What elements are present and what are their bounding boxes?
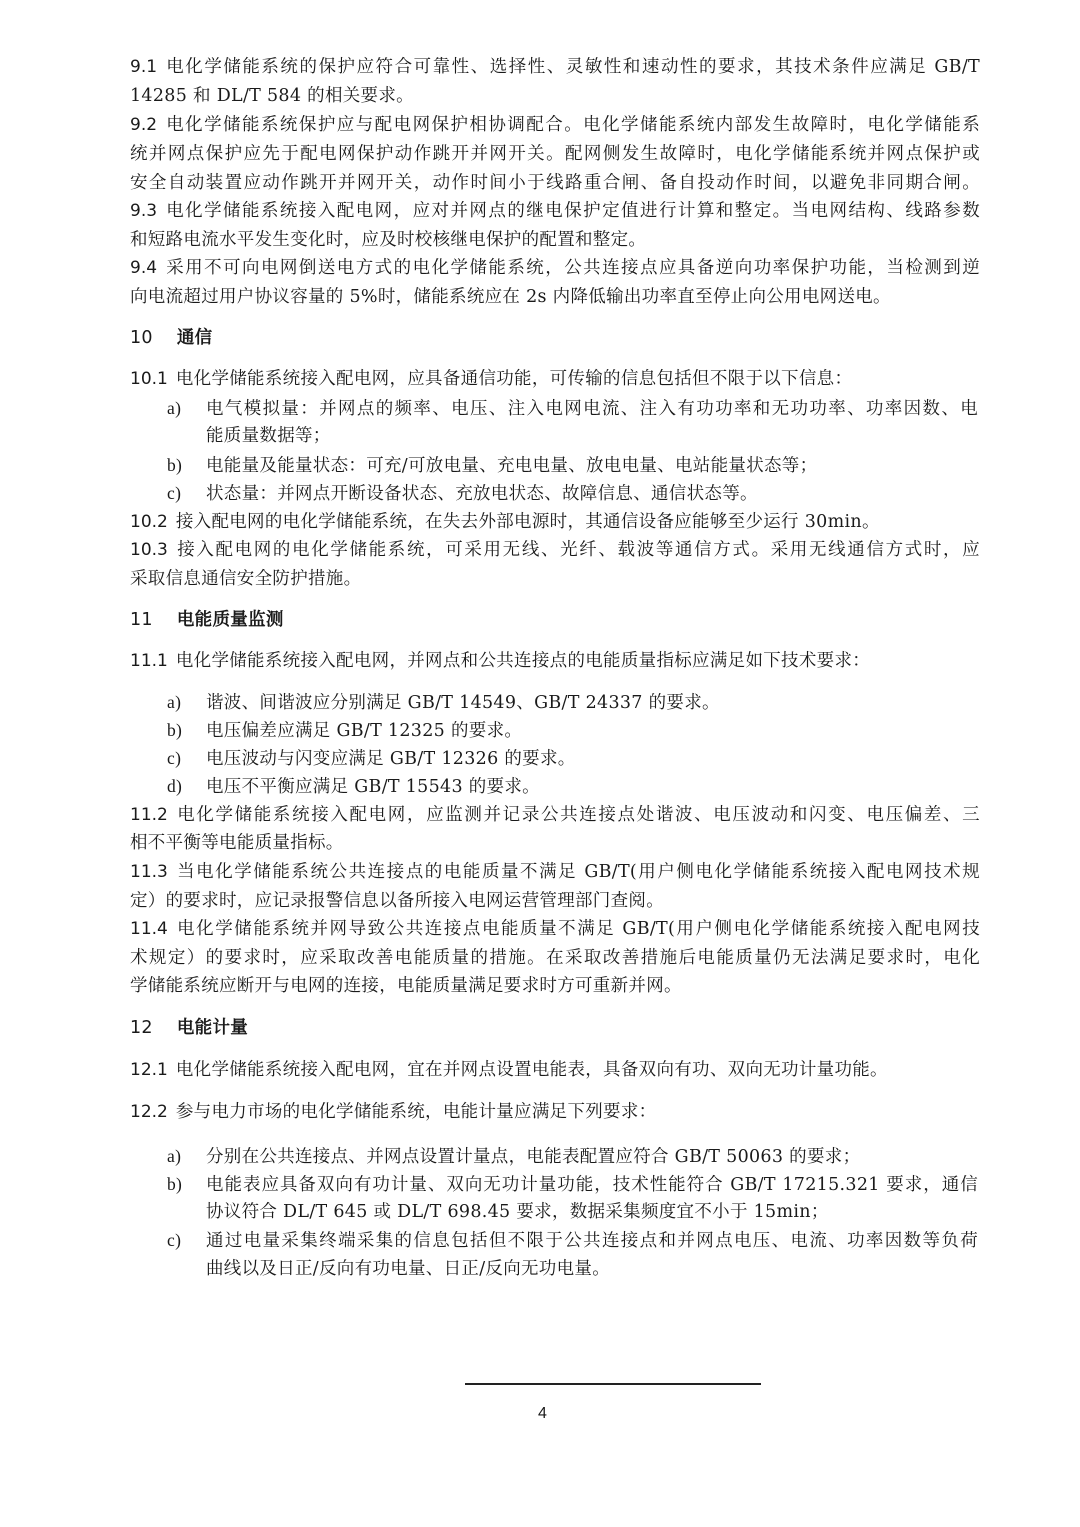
clause-number: 11.2 bbox=[130, 805, 168, 825]
clause-9-3-cont: 和短路电流水平发生变化时，应及时校核继电保护的配置和整定。 bbox=[130, 227, 646, 253]
list-item-10-1-a-cont: 能质量数据等； bbox=[206, 423, 331, 449]
clause-10-1: 10.1电化学储能系统接入配电网，应具备通信功能，可传输的信息包括但不限于以下信… bbox=[130, 366, 852, 392]
list-text: 谐波、间谐波应分别满足 GB/T 14549、GB/T 24337 的要求。 bbox=[206, 693, 720, 713]
clause-9-2-cont-2: 安全自动装置应动作跳开并网开关，动作时间小于线路重合闸、备自投动作时间，以避免非… bbox=[130, 170, 980, 196]
clause-9-3: 9.3电化学储能系统接入配电网，应对并网点的继电保护定值进行计算和整定。当电网结… bbox=[130, 198, 980, 224]
clause-text: 电化学储能系统接入配电网，应对并网点的继电保护定值进行计算和整定。当电网结构、线… bbox=[165, 201, 980, 221]
footer-rule bbox=[465, 1383, 761, 1385]
clause-text: 当电化学储能系统公共连接点的电能质量不满足 GB/T(用户侧电化学储能系统接入配… bbox=[176, 862, 980, 882]
clause-text: 接入配电网的电化学储能系统，可采用无线、光纤、载波等通信方式。采用无线通信方式时… bbox=[176, 540, 980, 560]
section-number: 10 bbox=[130, 328, 153, 348]
list-label: c) bbox=[167, 745, 206, 771]
list-item-10-1-c: c)状态量：并网点开断设备状态、充放电状态、故障信息、通信状态等。 bbox=[167, 480, 758, 507]
clause-text: 电化学储能系统接入配电网，宜在并网点设置电能表，具备双向有功、双向无功计量功能。 bbox=[176, 1060, 888, 1080]
document-page: 9.1电化学储能系统的保护应符合可靠性、选择性、灵敏性和速动性的要求，其技术条件… bbox=[0, 0, 1080, 1527]
clause-number: 11.4 bbox=[130, 919, 168, 939]
clause-number: 9.2 bbox=[130, 115, 157, 135]
clause-text: 电化学储能系统保护应与配电网保护相协调配合。电化学储能系统内部发生故障时，电化学… bbox=[165, 115, 980, 135]
list-text: 电气模拟量：并网点的频率、电压、注入电网电流、注入有功功率和无功功率、功率因数、… bbox=[206, 396, 978, 422]
clause-text: 电化学储能系统的保护应符合可靠性、选择性、灵敏性和速动性的要求，其技术条件应满足… bbox=[165, 57, 980, 77]
clause-text: 接入配电网的电化学储能系统，在失去外部电源时，其通信设备应能够至少运行 30mi… bbox=[176, 512, 880, 532]
clause-10-2: 10.2接入配电网的电化学储能系统，在失去外部电源时，其通信设备应能够至少运行 … bbox=[130, 509, 880, 535]
clause-9-1-cont: 14285 和 DL/T 584 的相关要求。 bbox=[130, 83, 414, 109]
clause-number: 12.2 bbox=[130, 1102, 168, 1122]
clause-9-2-cont-1: 统并网点保护应先于配电网保护动作跳开并网开关。配网侧发生故障时，电化学储能系统并… bbox=[130, 141, 980, 167]
section-heading-11: 11电能质量监测 bbox=[130, 607, 284, 633]
clause-number: 12.1 bbox=[130, 1060, 168, 1080]
clause-number: 11.1 bbox=[130, 651, 168, 671]
list-label: a) bbox=[167, 1143, 206, 1169]
list-label: c) bbox=[167, 480, 206, 506]
clause-text: 电化学储能系统并网导致公共连接点电能质量不满足 GB/T(用户侧电化学储能系统接… bbox=[176, 919, 980, 939]
section-heading-10: 10通信 bbox=[130, 325, 212, 351]
list-text: 状态量：并网点开断设备状态、充放电状态、故障信息、通信状态等。 bbox=[206, 484, 758, 504]
section-heading-12: 12电能计量 bbox=[130, 1015, 248, 1041]
clause-text: 电化学储能系统接入配电网，应监测并记录公共连接点处谐波、电压波动和闪变、电压偏差… bbox=[176, 805, 980, 825]
list-text: 通过电量采集终端采集的信息包括但不限于公共连接点和并网点电压、电流、功率因数等负… bbox=[206, 1228, 978, 1254]
list-item-10-1-a: a)电气模拟量：并网点的频率、电压、注入电网电流、注入有功功率和无功功率、功率因… bbox=[167, 395, 978, 422]
clause-9-4-cont: 向电流超过用户协议容量的 5%时，储能系统应在 2s 内降低输出功率直至停止向公… bbox=[130, 284, 891, 310]
clause-9-4: 9.4采用不可向电网倒送电方式的电化学储能系统，公共连接点应具备逆向功率保护功能… bbox=[130, 255, 980, 281]
list-label: b) bbox=[167, 717, 206, 743]
clause-text: 采用不可向电网倒送电方式的电化学储能系统，公共连接点应具备逆向功率保护功能，当检… bbox=[165, 258, 980, 278]
list-item-11-1-c: c)电压波动与闪变应满足 GB/T 12326 的要求。 bbox=[167, 745, 576, 772]
clause-11-3: 11.3当电化学储能系统公共连接点的电能质量不满足 GB/T(用户侧电化学储能系… bbox=[130, 859, 980, 885]
clause-number: 9.1 bbox=[130, 57, 157, 77]
list-item-10-1-b: b)电能量及能量状态：可充/可放电量、充电电量、放电电量、电站能量状态等； bbox=[167, 452, 817, 479]
list-label: a) bbox=[167, 689, 206, 715]
clause-11-2-cont: 相不平衡等电能质量指标。 bbox=[130, 830, 344, 856]
list-text: 电能量及能量状态：可充/可放电量、充电电量、放电电量、电站能量状态等； bbox=[206, 456, 817, 476]
clause-11-4-cont-1: 术规定）的要求时，应采取改善电能质量的措施。在采取改善措施后电能质量仍无法满足要… bbox=[130, 945, 980, 971]
clause-number: 11.3 bbox=[130, 862, 168, 882]
clause-text: 电化学储能系统接入配电网，并网点和公共连接点的电能质量指标应满足如下技术要求： bbox=[176, 651, 870, 671]
clause-10-3: 10.3接入配电网的电化学储能系统，可采用无线、光纤、载波等通信方式。采用无线通… bbox=[130, 537, 980, 563]
list-text: 电压不平衡应满足 GB/T 15543 的要求。 bbox=[206, 777, 540, 797]
clause-11-4-cont-2: 学储能系统应断开与电网的连接，电能质量满足要求时方可重新并网。 bbox=[130, 973, 682, 999]
clause-12-2: 12.2参与电力市场的电化学储能系统，电能计量应满足下列要求： bbox=[130, 1099, 656, 1125]
clause-number: 10.3 bbox=[130, 540, 168, 560]
list-text: 电压偏差应满足 GB/T 12325 的要求。 bbox=[206, 721, 522, 741]
list-item-12-2-c-cont: 曲线以及日正/反向有功电量、日正/反向无功电量。 bbox=[206, 1256, 610, 1282]
section-title: 电能计量 bbox=[177, 1018, 248, 1038]
list-item-12-2-b-cont: 协议符合 DL/T 645 或 DL/T 698.45 要求，数据采集频度宜不小… bbox=[206, 1199, 829, 1225]
list-label: b) bbox=[167, 452, 206, 478]
list-item-12-2-c: c)通过电量采集终端采集的信息包括但不限于公共连接点和并网点电压、电流、功率因数… bbox=[167, 1227, 978, 1254]
section-number: 12 bbox=[130, 1018, 153, 1038]
list-item-12-2-a: a)分别在公共连接点、并网点设置计量点，电能表配置应符合 GB/T 50063 … bbox=[167, 1143, 860, 1170]
list-label: b) bbox=[167, 1171, 206, 1197]
list-text: 电能表应具备双向有功计量、双向无功计量功能，技术性能符合 GB/T 17215.… bbox=[206, 1172, 978, 1198]
list-item-11-1-a: a)谐波、间谐波应分别满足 GB/T 14549、GB/T 24337 的要求。 bbox=[167, 689, 720, 716]
clause-11-2: 11.2电化学储能系统接入配电网，应监测并记录公共连接点处谐波、电压波动和闪变、… bbox=[130, 802, 980, 828]
list-item-11-1-b: b)电压偏差应满足 GB/T 12325 的要求。 bbox=[167, 717, 522, 744]
clause-11-1: 11.1电化学储能系统接入配电网，并网点和公共连接点的电能质量指标应满足如下技术… bbox=[130, 648, 870, 674]
clause-number: 9.4 bbox=[130, 258, 157, 278]
list-item-11-1-d: d)电压不平衡应满足 GB/T 15543 的要求。 bbox=[167, 773, 540, 800]
list-item-12-2-b: b)电能表应具备双向有功计量、双向无功计量功能，技术性能符合 GB/T 1721… bbox=[167, 1171, 978, 1198]
clause-10-3-cont: 采取信息通信安全防护措施。 bbox=[130, 566, 361, 592]
list-label: c) bbox=[167, 1227, 206, 1253]
list-label: a) bbox=[167, 395, 206, 421]
clause-9-1: 9.1电化学储能系统的保护应符合可靠性、选择性、灵敏性和速动性的要求，其技术条件… bbox=[130, 54, 980, 80]
section-title: 电能质量监测 bbox=[177, 610, 284, 630]
clause-11-4: 11.4电化学储能系统并网导致公共连接点电能质量不满足 GB/T(用户侧电化学储… bbox=[130, 916, 980, 942]
section-number: 11 bbox=[130, 610, 153, 630]
clause-number: 9.3 bbox=[130, 201, 157, 221]
list-text: 电压波动与闪变应满足 GB/T 12326 的要求。 bbox=[206, 749, 576, 769]
clause-text: 电化学储能系统接入配电网，应具备通信功能，可传输的信息包括但不限于以下信息： bbox=[176, 369, 852, 389]
clause-12-1: 12.1电化学储能系统接入配电网，宜在并网点设置电能表，具备双向有功、双向无功计… bbox=[130, 1057, 888, 1083]
clause-number: 10.1 bbox=[130, 369, 168, 389]
section-title: 通信 bbox=[177, 328, 213, 348]
clause-9-2: 9.2电化学储能系统保护应与配电网保护相协调配合。电化学储能系统内部发生故障时，… bbox=[130, 112, 980, 138]
clause-number: 10.2 bbox=[130, 512, 168, 532]
list-label: d) bbox=[167, 773, 206, 799]
clause-11-3-cont: 定）的要求时，应记录报警信息以备所接入电网运营管理部门查阅。 bbox=[130, 888, 664, 914]
page-number: 4 bbox=[538, 1405, 547, 1423]
clause-text: 参与电力市场的电化学储能系统，电能计量应满足下列要求： bbox=[176, 1102, 657, 1122]
list-text: 分别在公共连接点、并网点设置计量点，电能表配置应符合 GB/T 50063 的要… bbox=[206, 1147, 860, 1167]
